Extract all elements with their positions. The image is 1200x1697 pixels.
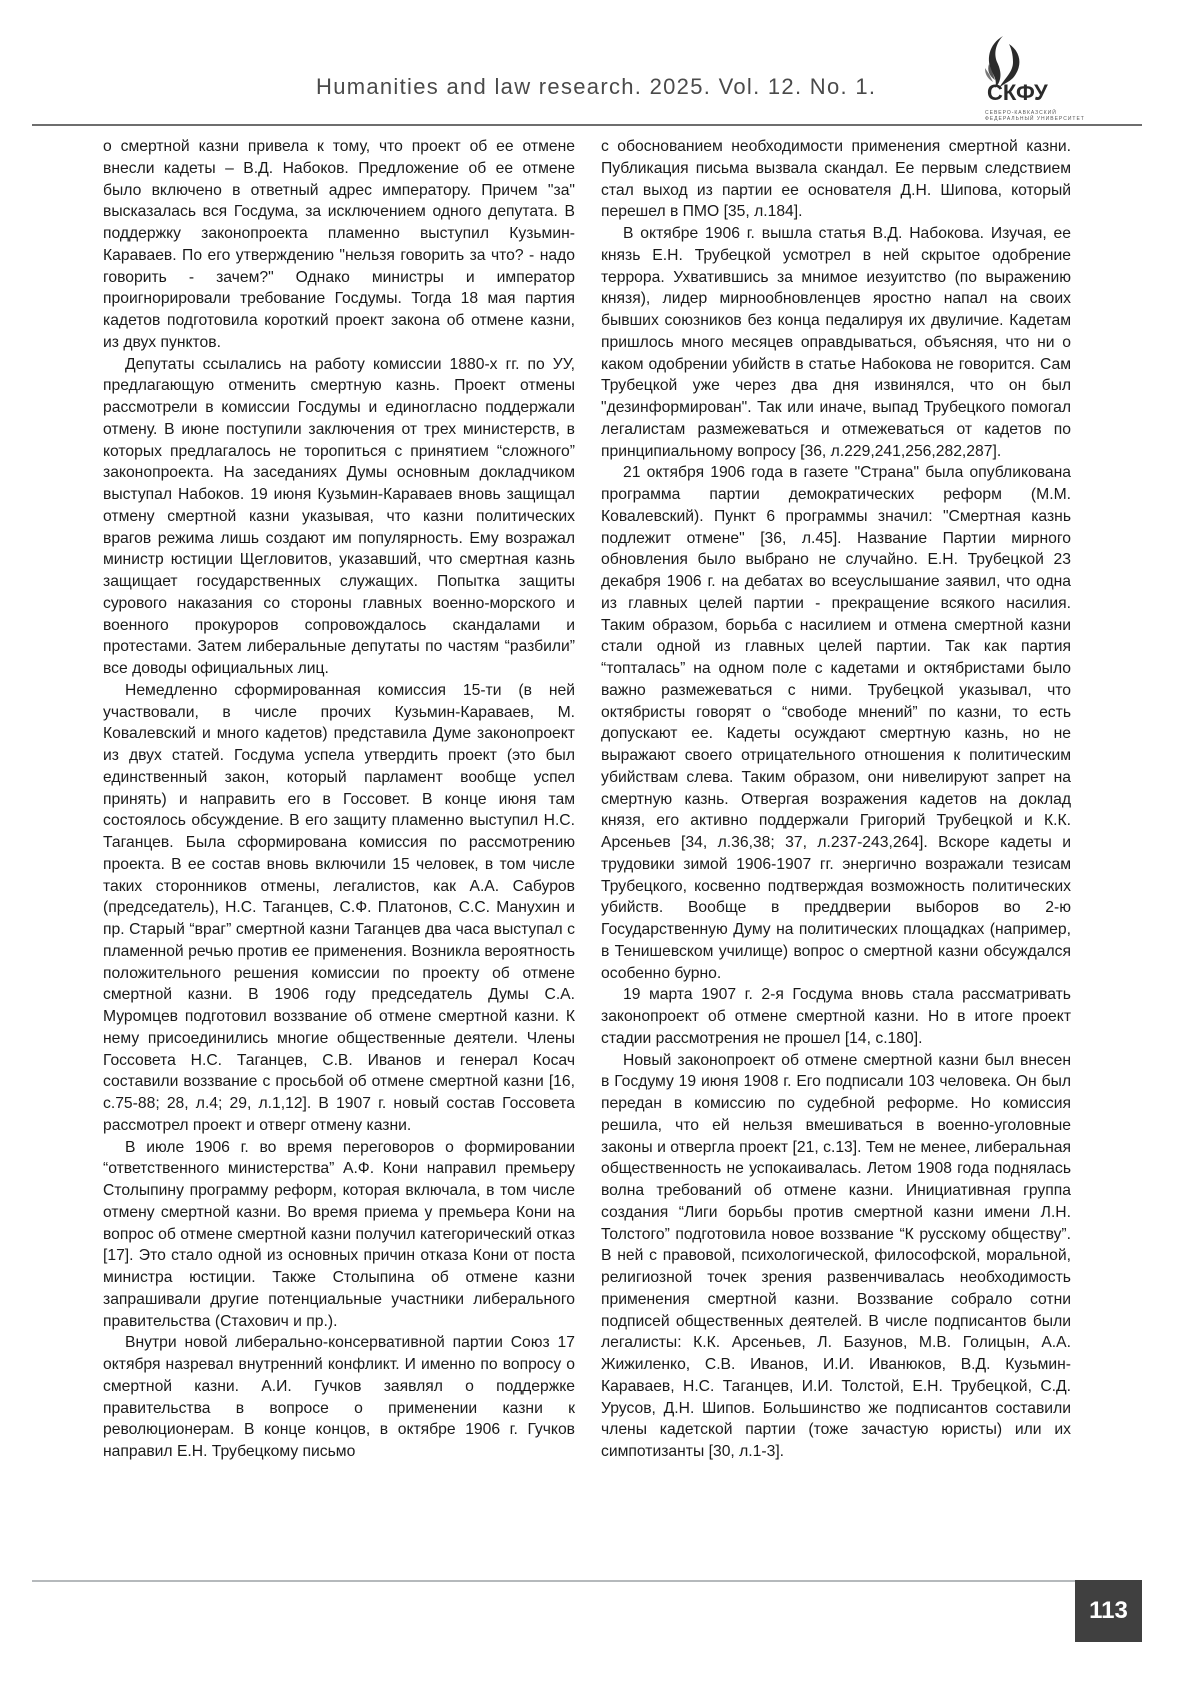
right-column: с обоснованием необходимости применения … xyxy=(601,136,1071,1463)
logo-wordmark: СКФУ xyxy=(987,80,1048,106)
page-header: Humanities and law research. 2025. Vol. … xyxy=(0,0,1200,130)
paragraph: В июле 1906 г. во время переговоров о фо… xyxy=(103,1137,575,1333)
paragraph: 21 октября 1906 года в газете "Страна" б… xyxy=(601,462,1071,984)
paragraph: с обоснованием необходимости применения … xyxy=(601,136,1071,223)
paragraph: Новый законопроект об отмене смертной ка… xyxy=(601,1050,1071,1463)
university-logo: СКФУ СЕВЕРО-КАВКАЗСКИЙ ФЕДЕРАЛЬНЫЙ УНИВЕ… xyxy=(975,34,1095,126)
left-column: о смертной казни привела к тому, что про… xyxy=(103,136,575,1463)
paragraph: Депутаты ссылались на работу комиссии 18… xyxy=(103,354,575,680)
paragraph: Внутри новой либерально-консервативной п… xyxy=(103,1332,575,1463)
logo-subtitle-line2: ФЕДЕРАЛЬНЫЙ УНИВЕРСИТЕТ xyxy=(985,116,1085,122)
page-number-badge: 113 xyxy=(1075,1580,1142,1642)
paragraph: 19 марта 1907 г. 2-я Госдума вновь стала… xyxy=(601,984,1071,1049)
paragraph: о смертной казни привела к тому, что про… xyxy=(103,136,575,354)
paragraph: В октябре 1906 г. вышла статья В.Д. Набо… xyxy=(601,223,1071,462)
footer-divider xyxy=(32,1580,1076,1582)
journal-title: Humanities and law research. 2025. Vol. … xyxy=(316,74,876,100)
header-divider xyxy=(32,124,1142,126)
paragraph: Немедленно сформированная комиссия 15-ти… xyxy=(103,680,575,1137)
